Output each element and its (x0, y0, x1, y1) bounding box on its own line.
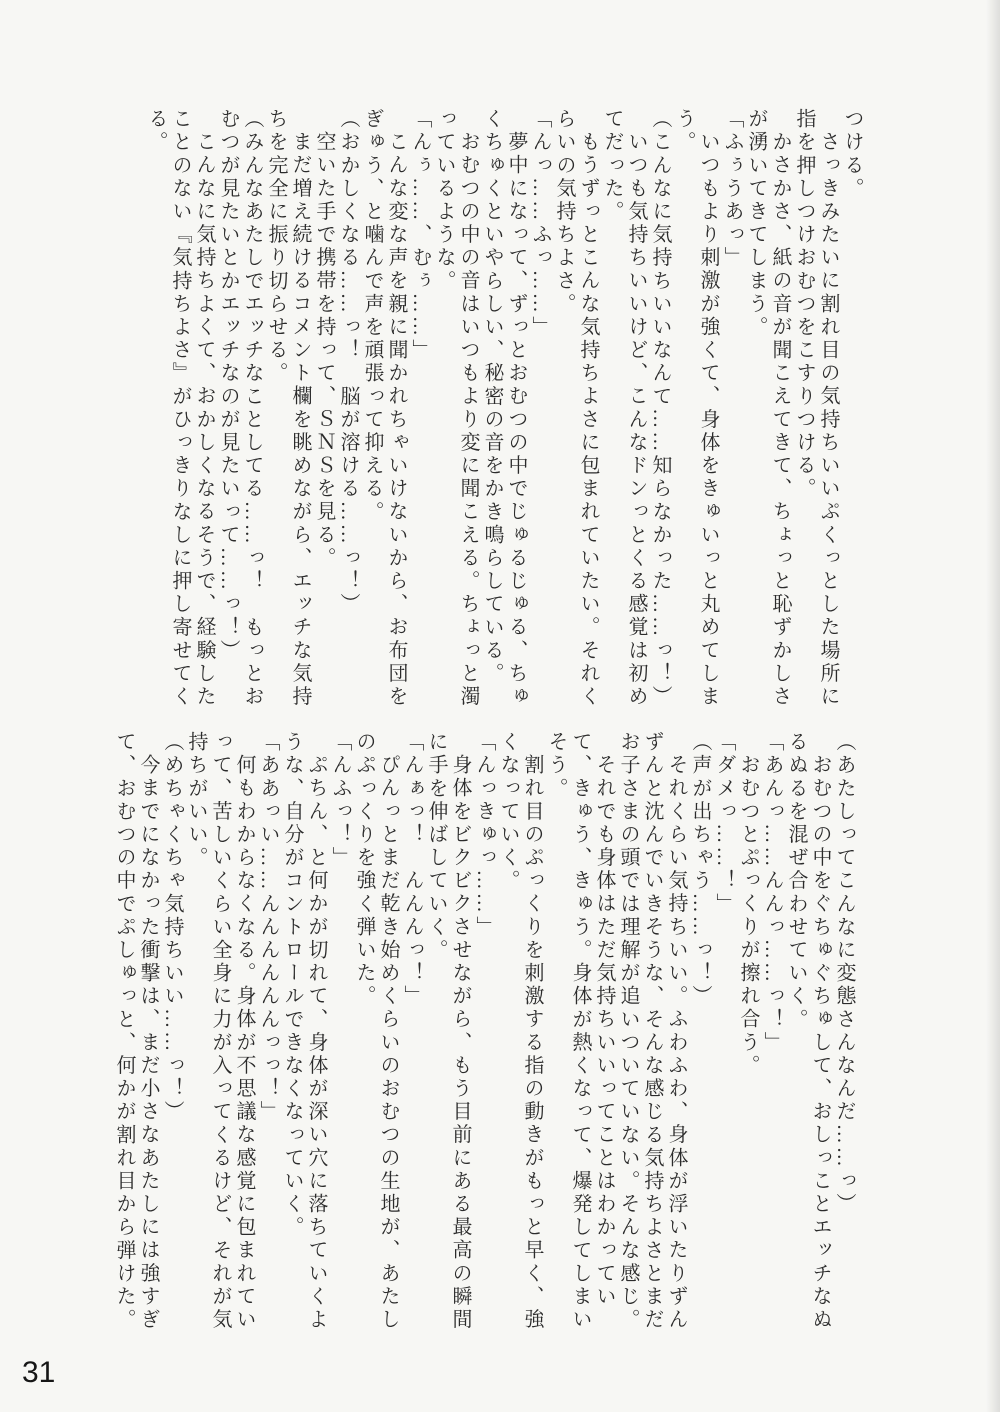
paragraph: それでも身体はただ気持ちいいってことはわかっていて、きゅう、きゅう。身体が熱くな… (544, 731, 616, 1334)
paragraph: 「んっ……ふっ……」 (528, 108, 552, 711)
paragraph: いつもより刺激が強くて、身体をきゅいっと丸めてしまう。 (672, 108, 720, 711)
paragraph: さっきみたいに割れ目の気持ちいいぷくっとした場所に指を押しつけおむつをこすりつけ… (792, 108, 840, 711)
paragraph: こんなに気持ちよくて、おかしくなるそうで、経験したことのない『気持ちよさ』がひっ… (144, 108, 216, 711)
paragraph: 「んっきゅっ……」 (472, 731, 496, 1334)
document-page: つける。さっきみたいに割れ目の気持ちいいぷくっとした場所に指を押しつけおむつをこ… (0, 0, 1000, 1412)
vertical-text-block-bottom: （あたしってこんなに変態さんなんだ……っ）おむつの中をぐちゅぐちゅして、おしっこ… (112, 731, 856, 1334)
paragraph: （あたしってこんなに変態さんなんだ……っ） (832, 731, 856, 1334)
paragraph: おむつとぷっくりが擦れ合う。 (736, 731, 760, 1334)
paragraph: まだ増え続けるコメント欄を眺めながら、エッチな気持ちを完全に振り切らせる。 (264, 108, 312, 711)
paragraph: 空いた手で携帯を持って、ＳＮＳを見る。 (312, 108, 336, 711)
paragraph: 今までになかった衝撃は、まだ小さなあたしには強すぎて、おむつの中でぷしゅっと、何… (112, 731, 160, 1334)
paragraph: こんな変な声を親に聞かれちゃいけないから、お布団をぎゅう、と噛んで声を頑張って抑… (360, 108, 408, 711)
paragraph: ぷちん、と何かが切れて、身体が深い穴に落ちていくような、自分がコントロールできな… (280, 731, 328, 1334)
paragraph: 身体をビクビクさせながら、もう目前にある最高の瞬間に手を伸ばしていく。 (424, 731, 472, 1334)
paragraph: それくらい気持ちいい。ふわふわ、身体が浮いたりずんずんと沈んでいきそうな、そんな… (616, 731, 688, 1334)
paragraph: つける。 (840, 108, 864, 711)
paragraph: もうずっとこんな気持ちよさに包まれていたい。それくらいの気持ちよさ。 (552, 108, 600, 711)
paragraph: 「んぁっ！ んんんっ！」 (400, 731, 424, 1334)
paragraph: 「んふっ！」 (328, 731, 352, 1334)
paragraph: （声が出ちゃう……っ！） (688, 731, 712, 1334)
paragraph: かさかさ、紙の音が聞こえてきて、ちょっと恥ずかしさが湧いてきてしまう。 (744, 108, 792, 711)
paragraph: 夢中になって、ずっとおむつの中でじゅるじゅる、ちゅくちゅくといやらしい、秘密の音… (480, 108, 528, 711)
vertical-text-block-top: つける。さっきみたいに割れ目の気持ちいいぷくっとした場所に指を押しつけおむつをこ… (144, 108, 864, 711)
paragraph: （みんなあたしでエッチなことしてる……っ！ もっとおむつが見たいとかエッチなのが… (216, 108, 264, 711)
page-number: 31 (22, 1356, 55, 1390)
paragraph: 「んぅ……、むぅ……」 (408, 108, 432, 711)
paragraph: （めちゃくちゃ気持ちいい……っ！） (160, 731, 184, 1334)
paragraph: 「あんっ……んんっ……っ！」 (760, 731, 784, 1334)
paragraph: 何もわからなくなる。身体が不思議な感覚に包まれていって、苦しいくらい全身に力が入… (184, 731, 256, 1334)
paragraph: 「ふぅうあっ」 (720, 108, 744, 711)
paragraph: おむつの中の音はいつもより変に聞こえる。ちょっと濁っているような。 (432, 108, 480, 711)
scan-edge-shadow (986, 0, 1000, 1412)
paragraph: ぴんっとまだ乾き始めくらいのおむつの生地が、あたしのぷっくりを強く弾いた。 (352, 731, 400, 1334)
paragraph: いつも気持ちいいけど、こんなドンっとくる感覚は初めてだった。 (600, 108, 648, 711)
paragraph: 割れ目のぷっくりを刺激する指の動きがもっと早く、強くなっていく。 (496, 731, 544, 1334)
paragraph: 「ダメっ……！」 (712, 731, 736, 1334)
paragraph: おむつの中をぐちゅぐちゅして、おしっことエッチなぬるぬるを混ぜ合わせていく。 (784, 731, 832, 1334)
paragraph: （おかしくなる……っ！ 脳が溶ける……っ！） (336, 108, 360, 711)
paragraph: （こんなに気持ちいいなんて……知らなかった……っ！） (648, 108, 672, 711)
paragraph: 「ああっい……んんんんんんっっ！」 (256, 731, 280, 1334)
